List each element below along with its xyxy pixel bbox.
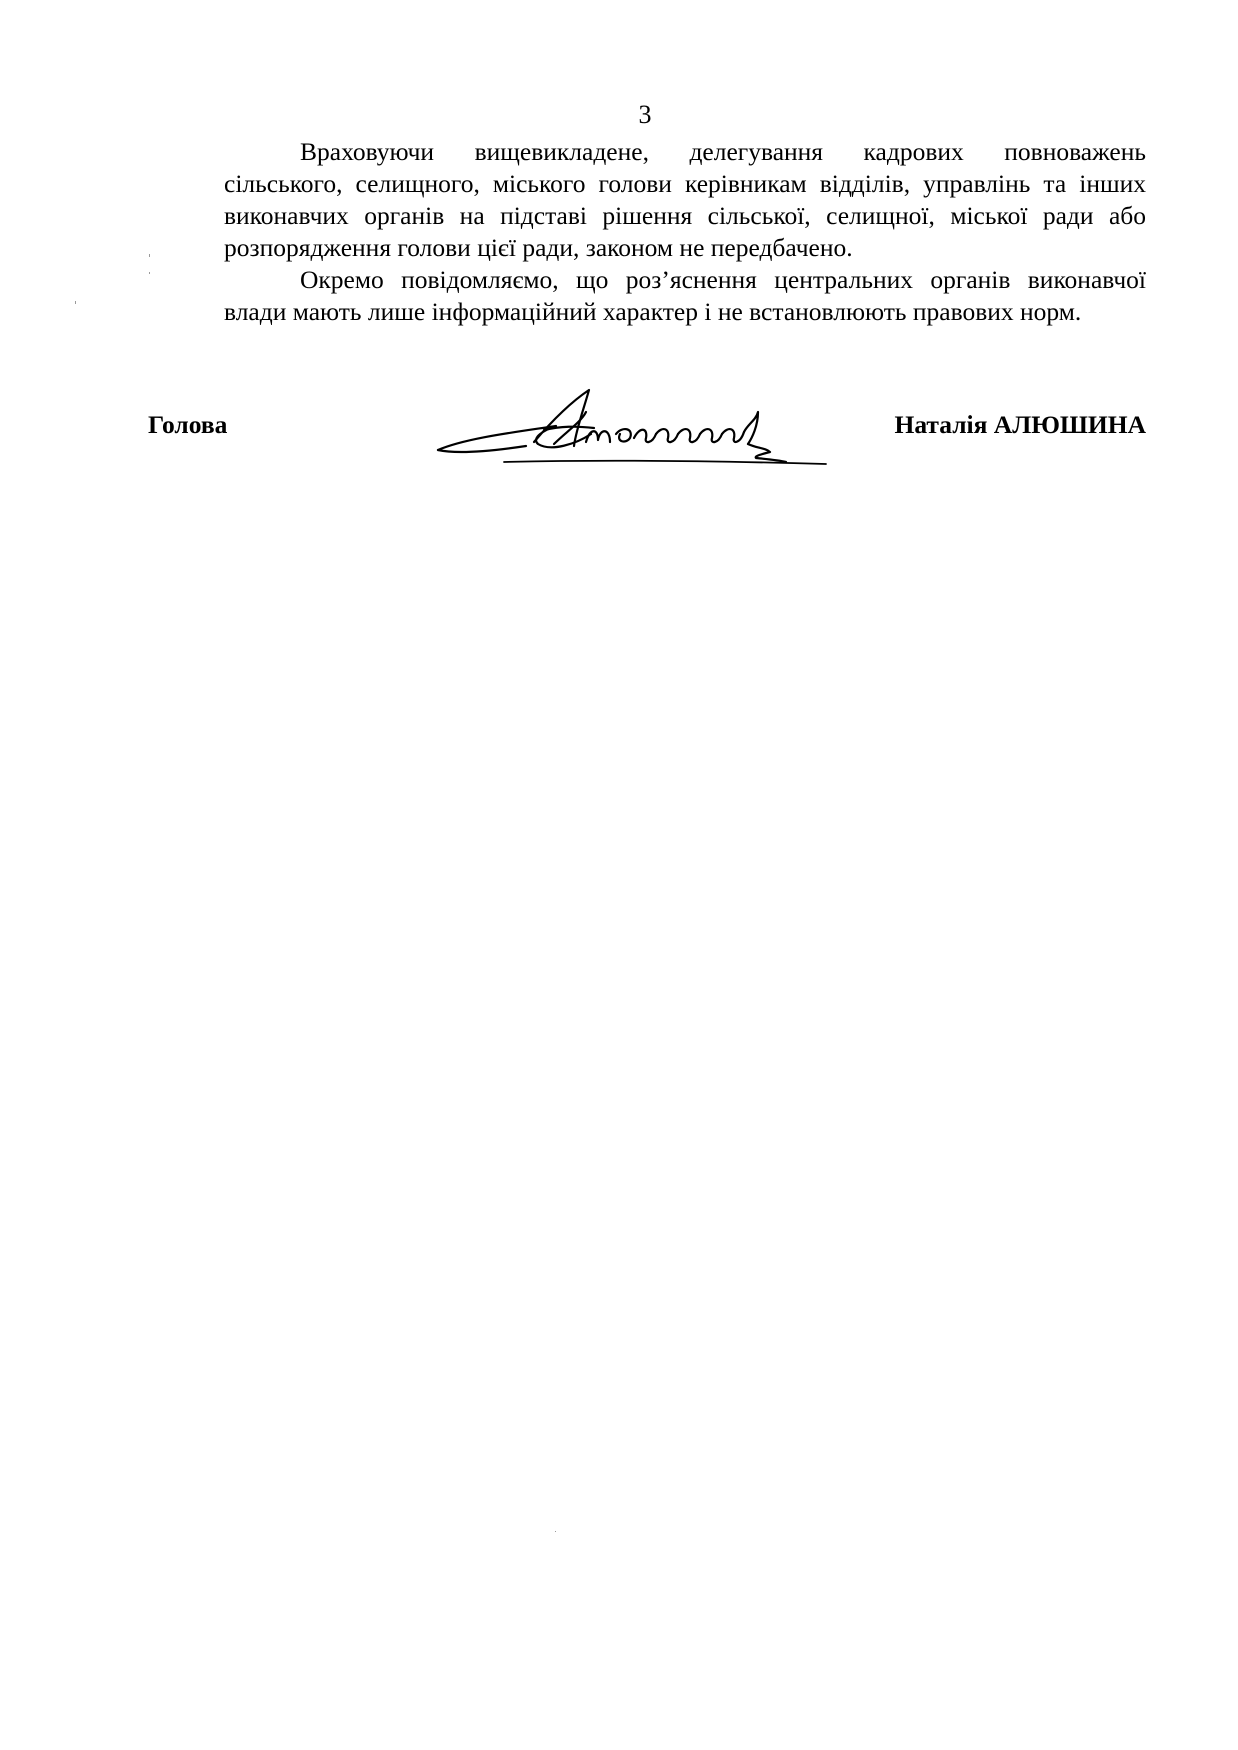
signatory-name: Наталія АЛЮШИНА — [894, 410, 1146, 440]
text-line: Враховуючи вищевикладене, делегування ка… — [148, 136, 1146, 168]
text-line: сільського, селищного, міського голови к… — [148, 168, 1146, 200]
scan-speck — [555, 1531, 556, 1532]
text-line: Окремо повідомляємо, що роз’яснення цент… — [148, 264, 1146, 296]
scan-speck — [149, 272, 150, 274]
letter-body: Враховуючи вищевикладене, делегування ка… — [148, 136, 1146, 328]
signature-block: Голова — [148, 400, 1146, 480]
text-line: розпорядження голови цієї ради, законом … — [148, 232, 1146, 264]
text-line: влади мають лише інформаційний характер … — [148, 296, 1146, 328]
scan-speck — [75, 301, 76, 304]
paragraph-2: Окремо повідомляємо, що роз’яснення цент… — [148, 264, 1146, 328]
handwritten-signature — [426, 382, 836, 472]
page-number: 3 — [0, 100, 1238, 130]
document-page: 3 Враховуючи вищевикладене, делегування … — [0, 0, 1238, 1750]
text-line: виконавчих органів на підставі рішення с… — [148, 200, 1146, 232]
scan-speck — [149, 254, 150, 257]
paragraph-1: Враховуючи вищевикладене, делегування ка… — [148, 136, 1146, 264]
signatory-title: Голова — [148, 410, 227, 440]
